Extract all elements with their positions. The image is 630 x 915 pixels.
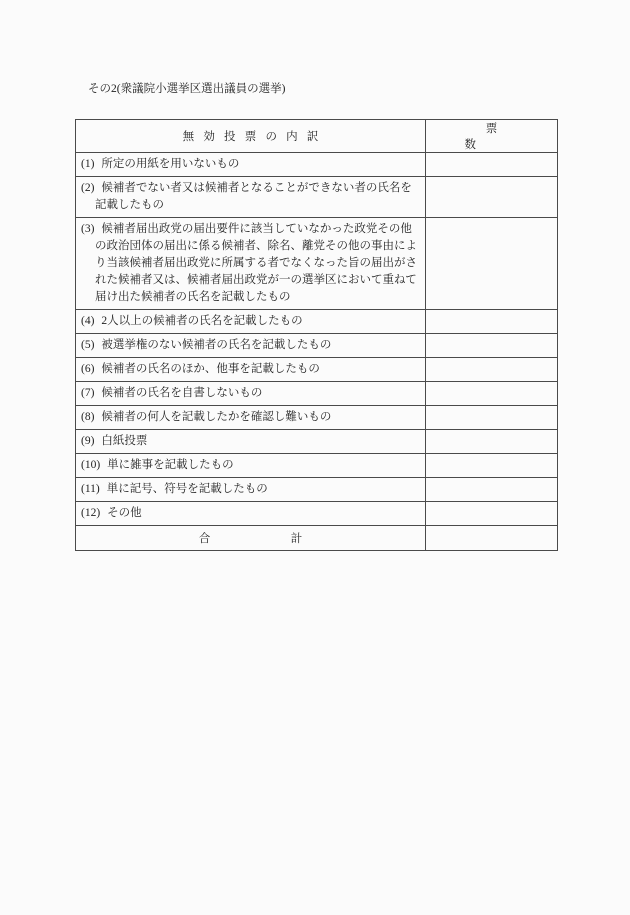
- table-row: (3)候補者届出政党の届出要件に該当していなかった政党その他の政治団体の届出に係…: [76, 218, 558, 310]
- table-row: (11)単に記号、符号を記載したもの: [76, 478, 558, 502]
- table-row: (6)候補者の氏名のほか、他事を記載したもの: [76, 358, 558, 382]
- row-text: 被選挙権のない候補者の氏名を記載したもの: [101, 339, 331, 351]
- vote-count-cell: [426, 502, 558, 526]
- row-number: (12): [81, 507, 100, 519]
- row-number: (11): [81, 483, 100, 495]
- row-number: (2): [81, 182, 94, 194]
- vote-count-cell: [426, 153, 558, 177]
- table-row: (5)被選挙権のない候補者の氏名を記載したもの: [76, 334, 558, 358]
- row-text: 2人以上の候補者の氏名を記載したもの: [101, 315, 302, 327]
- row-text: 白紙投票: [101, 435, 147, 447]
- table-header-row: 無効投票の内訳 票数: [76, 120, 558, 153]
- document-title: その2(衆議院小選挙区選出議員の選挙): [88, 82, 285, 96]
- vote-count-cell: [426, 406, 558, 430]
- table-row: (2)候補者でない者又は候補者となることができない者の氏名を記載したもの: [76, 177, 558, 218]
- row-text: 候補者の氏名のほか、他事を記載したもの: [101, 363, 320, 375]
- row-number: (9): [81, 435, 94, 447]
- row-text: 単に雑事を記載したもの: [107, 459, 234, 471]
- table-row: (12)その他: [76, 502, 558, 526]
- table-row: (8)候補者の何人を記載したかを確認し難いもの: [76, 406, 558, 430]
- row-text: 候補者の何人を記載したかを確認し難いもの: [101, 411, 331, 423]
- vote-count-cell: [426, 310, 558, 334]
- row-text: 候補者届出政党の届出要件に該当していなかった政党その他の政治団体の届出に係る候補…: [95, 223, 417, 303]
- vote-count-cell: [426, 218, 558, 310]
- row-number: (3): [81, 223, 94, 235]
- row-number: (1): [81, 158, 94, 170]
- table-row: (7)候補者の氏名を自書しないもの: [76, 382, 558, 406]
- row-text: 所定の用紙を用いないもの: [101, 158, 239, 170]
- table-row: (9)白紙投票: [76, 430, 558, 454]
- vote-count-cell: [426, 334, 558, 358]
- row-number: (7): [81, 387, 94, 399]
- vote-count-cell: [426, 358, 558, 382]
- table-row: (1)所定の用紙を用いないもの: [76, 153, 558, 177]
- total-vote-count-cell: [426, 526, 558, 551]
- vote-count-cell: [426, 382, 558, 406]
- table-row: (4)2人以上の候補者の氏名を記載したもの: [76, 310, 558, 334]
- row-text: その他: [107, 507, 142, 519]
- row-number: (4): [81, 315, 94, 327]
- vote-count-cell: [426, 478, 558, 502]
- row-number: (5): [81, 339, 94, 351]
- total-label: 合計: [118, 533, 383, 545]
- table-row: (10)単に雑事を記載したもの: [76, 454, 558, 478]
- row-text: 候補者の氏名を自書しないもの: [101, 387, 262, 399]
- vote-count-cell: [426, 430, 558, 454]
- row-number: (6): [81, 363, 94, 375]
- row-number: (8): [81, 411, 94, 423]
- row-text: 候補者でない者又は候補者となることができない者の氏名を記載したもの: [95, 182, 412, 211]
- column-header-breakdown: 無効投票の内訳: [76, 120, 426, 153]
- row-number: (10): [81, 459, 100, 471]
- row-text: 単に記号、符号を記載したもの: [107, 483, 268, 495]
- vote-count-cell: [426, 454, 558, 478]
- column-header-votes: 票数: [426, 120, 558, 153]
- document-page: その2(衆議院小選挙区選出議員の選挙) 無効投票の内訳 票数 (1)所定の用紙を…: [0, 0, 630, 915]
- table-total-row: 合計: [76, 526, 558, 551]
- invalid-votes-table: 無効投票の内訳 票数 (1)所定の用紙を用いないもの (2)候補者でない者又は候…: [75, 119, 558, 551]
- vote-count-cell: [426, 177, 558, 218]
